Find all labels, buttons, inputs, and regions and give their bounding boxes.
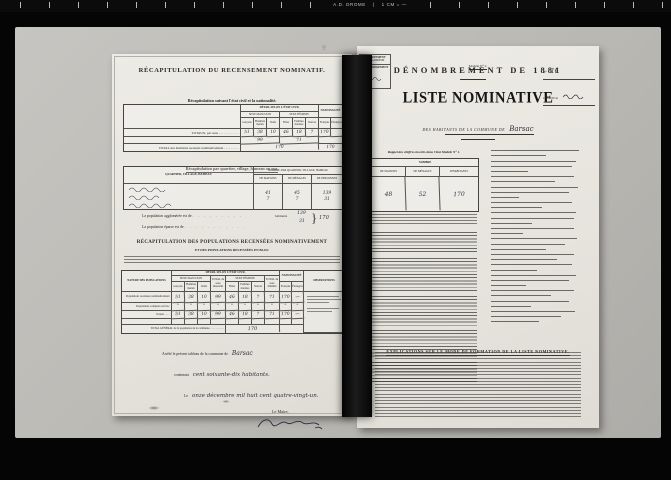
tt-filles: 46 <box>226 311 239 319</box>
observations-notes <box>304 292 344 333</box>
microfilm-scan: A.D. DROME | 1 CM = — 9 RÉCAPITULATION D… <box>0 0 671 480</box>
bloc-table: NATURE DES POPULATIONS DÉTAIL SELON L'ÉT… <box>121 270 345 334</box>
cert-line2-printed: contenant <box>174 373 189 377</box>
quartier-left-header: QUARTIER, VILLAGE, HAMEAU <box>124 167 254 184</box>
population-agglomeree-line: La population agglomérée est de . . . . … <box>142 214 272 218</box>
left-page-title: RÉCAPITULATION DU RECENSEMENT NOMINATIF. <box>112 67 352 74</box>
certification-block: Arrêté le présent tableau de la commune … <box>112 342 352 438</box>
signature-title: Le Maire, <box>272 409 352 414</box>
observations-header: OBSERVATIONS <box>304 271 344 292</box>
bloc-col-veuves: Veuves <box>252 282 265 292</box>
totaux-par-sexe-label: TOTAUX, par sexe . . . . . . . . . . . . <box>124 129 241 137</box>
film-strip-labels: A.D. DROME | 1 CM = — <box>305 2 435 7</box>
bloc-footer-empty <box>280 325 304 333</box>
habitants-label: habitants <box>275 214 287 218</box>
eparse-value: 31 <box>299 219 305 224</box>
bloc-col-etrangers: Étrangers <box>292 282 304 292</box>
col-femmes-mariees: Femmes mariées <box>293 118 306 129</box>
agglomeree-value: 139 <box>297 211 306 216</box>
menages-eparses: 7 <box>296 197 299 202</box>
personnes-eparses: 31 <box>324 197 330 202</box>
cert-commune-hw: Barsac <box>232 350 253 357</box>
cert-habitants-hw: cent soixante-dix habitants. <box>193 372 270 378</box>
cert-line1-printed: Arrêté le présent tableau de la commune … <box>162 352 228 356</box>
total-female-header: TOTAL du sexe féminin <box>265 276 280 292</box>
bloc-footer-label: TOTAL GÉNÉRAL de la population de la com… <box>122 325 226 333</box>
bloc-totaux-label: Totaux . . . . <box>122 311 172 319</box>
population-total-value: 170 <box>319 215 329 221</box>
r1-veufs: 10 <box>198 292 211 303</box>
r1-total-m: 99 <box>211 292 226 304</box>
number-value: 16 <box>551 68 559 75</box>
r1-total-f: 71 <box>265 292 280 304</box>
commune-handwritten: Barsac <box>509 125 533 135</box>
menages-values: 45 7 <box>283 184 312 209</box>
agglomeree-label: La population agglomérée est de <box>142 214 192 218</box>
title-flourish <box>460 79 486 80</box>
bloc-row1-label: Populations recensées nominativement <box>122 292 172 303</box>
tt-hommes-maries: 38 <box>185 311 198 319</box>
r1-garcons: 51 <box>172 292 185 303</box>
ink-smudge <box>148 406 160 410</box>
right-column-illegible-lines <box>491 146 583 332</box>
col-etrangers: Étrangers <box>331 118 342 129</box>
recall-nombre-header: NOMBRE <box>372 159 478 167</box>
page-number-annotation: 9 <box>322 44 326 52</box>
menages-village: 45 <box>294 191 300 196</box>
bloc-col-francais: Français <box>280 282 292 292</box>
total-male-header: TOTAL du sexe masculin <box>211 276 226 292</box>
right-page: DÉPARTEMENT DE LA DRÔME ARRONDISSEMENT M… <box>357 46 599 428</box>
recall-menages-value: 52 <box>405 176 440 211</box>
value-filles: 46 <box>280 129 293 137</box>
label-separator: | <box>373 2 375 7</box>
nombre-group-header: NOMBRE, PAR QUARTIER, VILLAGE, HAMEAU <box>254 167 342 175</box>
value-garcons: 51 <box>241 129 254 137</box>
tt-total-f: 71 <box>265 311 280 320</box>
recall-col-maisons: DE MAISONS <box>372 167 406 177</box>
bloc-heading-1: RÉCAPITULATION DES POPULATIONS RECENSÉES… <box>112 240 352 245</box>
recall-heading: Rappel des chiffres inscrits dans l'état… <box>371 150 477 154</box>
r1-femmes-mariees: 18 <box>239 292 252 303</box>
film-ruler-strip: A.D. DROME | 1 CM = — <box>0 0 671 12</box>
number-label: N° <box>543 70 547 74</box>
tt-total-m: 99 <box>211 311 226 320</box>
recall-col-menages: DE MÉNAGES <box>406 167 440 177</box>
bloc-nationalite-header: NATIONALITÉ <box>280 271 304 282</box>
recall-habitants-value: 170 <box>439 176 478 211</box>
r1-etrangers: — <box>292 292 304 303</box>
quartier-table: QUARTIER, VILLAGE, HAMEAU NOMBRE, PAR QU… <box>123 166 343 210</box>
tt-garcons: 51 <box>172 311 185 319</box>
tt-francais: 170 <box>280 311 292 319</box>
recall-table: NOMBRE DE MAISONS DE MÉNAGES D'HABITANTS… <box>371 158 479 212</box>
population-totals-cluster: habitants 139 31 } 170 <box>275 211 335 231</box>
value-francais: 170 <box>319 129 331 137</box>
r1-hommes-maries: 38 <box>185 292 198 303</box>
ruler-ticks-right <box>430 2 668 8</box>
commune-printed: DES HABITANTS DE LA COMMUNE DE <box>422 128 505 132</box>
scale-label: 1 CM = — <box>382 2 407 7</box>
nota-fine-print <box>124 256 340 265</box>
grand-total: 170 <box>241 143 319 153</box>
bloc-col-garcons: Garçons <box>172 282 185 292</box>
col-de-menages: DE MÉNAGES <box>283 175 312 184</box>
bloc-col-filles: Filles <box>226 282 239 292</box>
bloc-footer-total: 170 <box>226 324 280 334</box>
left-page: RÉCAPITULATION DU RECENSEMENT NOMINATIF.… <box>112 54 352 416</box>
col-hommes-maries: Hommes mariés <box>254 118 267 129</box>
col-francais: Français <box>319 118 331 129</box>
maisons-values: 41 7 <box>254 184 283 209</box>
handwritten-entry <box>128 186 172 192</box>
maisons-eparses: 7 <box>267 197 270 202</box>
bloc-col-veufs: Veufs <box>198 282 211 292</box>
subtitle-rule <box>445 134 511 135</box>
brace: } <box>311 210 317 226</box>
explanations-paragraphs <box>375 352 581 417</box>
maisons-village: 41 <box>265 191 271 196</box>
col-veuves: Veuves <box>306 118 319 129</box>
personnes-values: 139 31 <box>312 184 342 209</box>
bloc-heading-2: ET DES POPULATIONS RECENSÉES EN BLOC <box>112 248 352 252</box>
tt-femmes-mariees: 18 <box>239 311 252 319</box>
population-eparse-line: La population éparse est de . . . . . . … <box>142 225 272 229</box>
nationalite-header: NATIONALITÉ <box>319 105 342 118</box>
tt-veufs: 10 <box>198 311 211 319</box>
bloc-col-femmes-mariees: Femmes mariées <box>239 282 252 292</box>
detail-etat-civil-header: DÉTAIL SELON L'ÉTAT CIVIL <box>241 105 319 112</box>
tt-veuves: 7 <box>252 311 265 319</box>
handwritten-entry <box>128 202 178 208</box>
quartier-handwritten-names <box>124 184 254 209</box>
col-veufs: Veufs <box>267 118 280 129</box>
value-etrangers <box>331 129 342 137</box>
r1-francais: 170 <box>280 292 292 303</box>
archive-label: A.D. DROME <box>333 2 366 7</box>
recall-maisons-value: 48 <box>371 176 406 211</box>
col-filles: Filles <box>280 118 293 129</box>
cert-line3-printed: Le <box>184 394 188 398</box>
nationality-total: 170 <box>319 144 342 152</box>
col-de-maisons: DE MAISONS <box>254 175 283 184</box>
handwritten-entry <box>128 194 164 200</box>
bloc-row2-label: Populations comptées en bloc <box>122 303 172 311</box>
mayor-signature <box>255 415 325 433</box>
personnes-village: 139 <box>323 191 331 196</box>
empty-label-head <box>124 105 241 129</box>
bloc-col-hommes-maries: Hommes mariés <box>185 282 198 292</box>
total-habitants-label: TOTAL des habitants recensés nominativem… <box>124 144 241 151</box>
book-gutter-shadow <box>342 55 372 417</box>
col-garcons: Garçons <box>241 118 254 129</box>
civil-status-table: DÉTAIL SELON L'ÉTAT CIVIL NATIONALITÉ SE… <box>123 104 343 152</box>
eparse-label: La population éparse est de <box>142 225 184 229</box>
ruler-ticks-left <box>20 2 312 8</box>
r1-filles: 46 <box>226 292 239 303</box>
nature-header: NATURE DES POPULATIONS <box>122 271 172 292</box>
subtitle-flourish <box>461 139 495 140</box>
liste-nominative-title: LISTE NOMINATIVE <box>357 89 599 108</box>
empty-label-subtotal <box>124 137 241 144</box>
col-de-personnes: DE PERSONNES <box>312 175 342 184</box>
r1-veuves: 7 <box>252 292 265 303</box>
ink-smudge <box>222 400 230 403</box>
recall-footnote-fine-print <box>371 214 477 225</box>
tt-etrangers: — <box>292 311 304 319</box>
cert-date-hw: onze décembre mil huit cent quatre-vingt… <box>192 393 318 399</box>
